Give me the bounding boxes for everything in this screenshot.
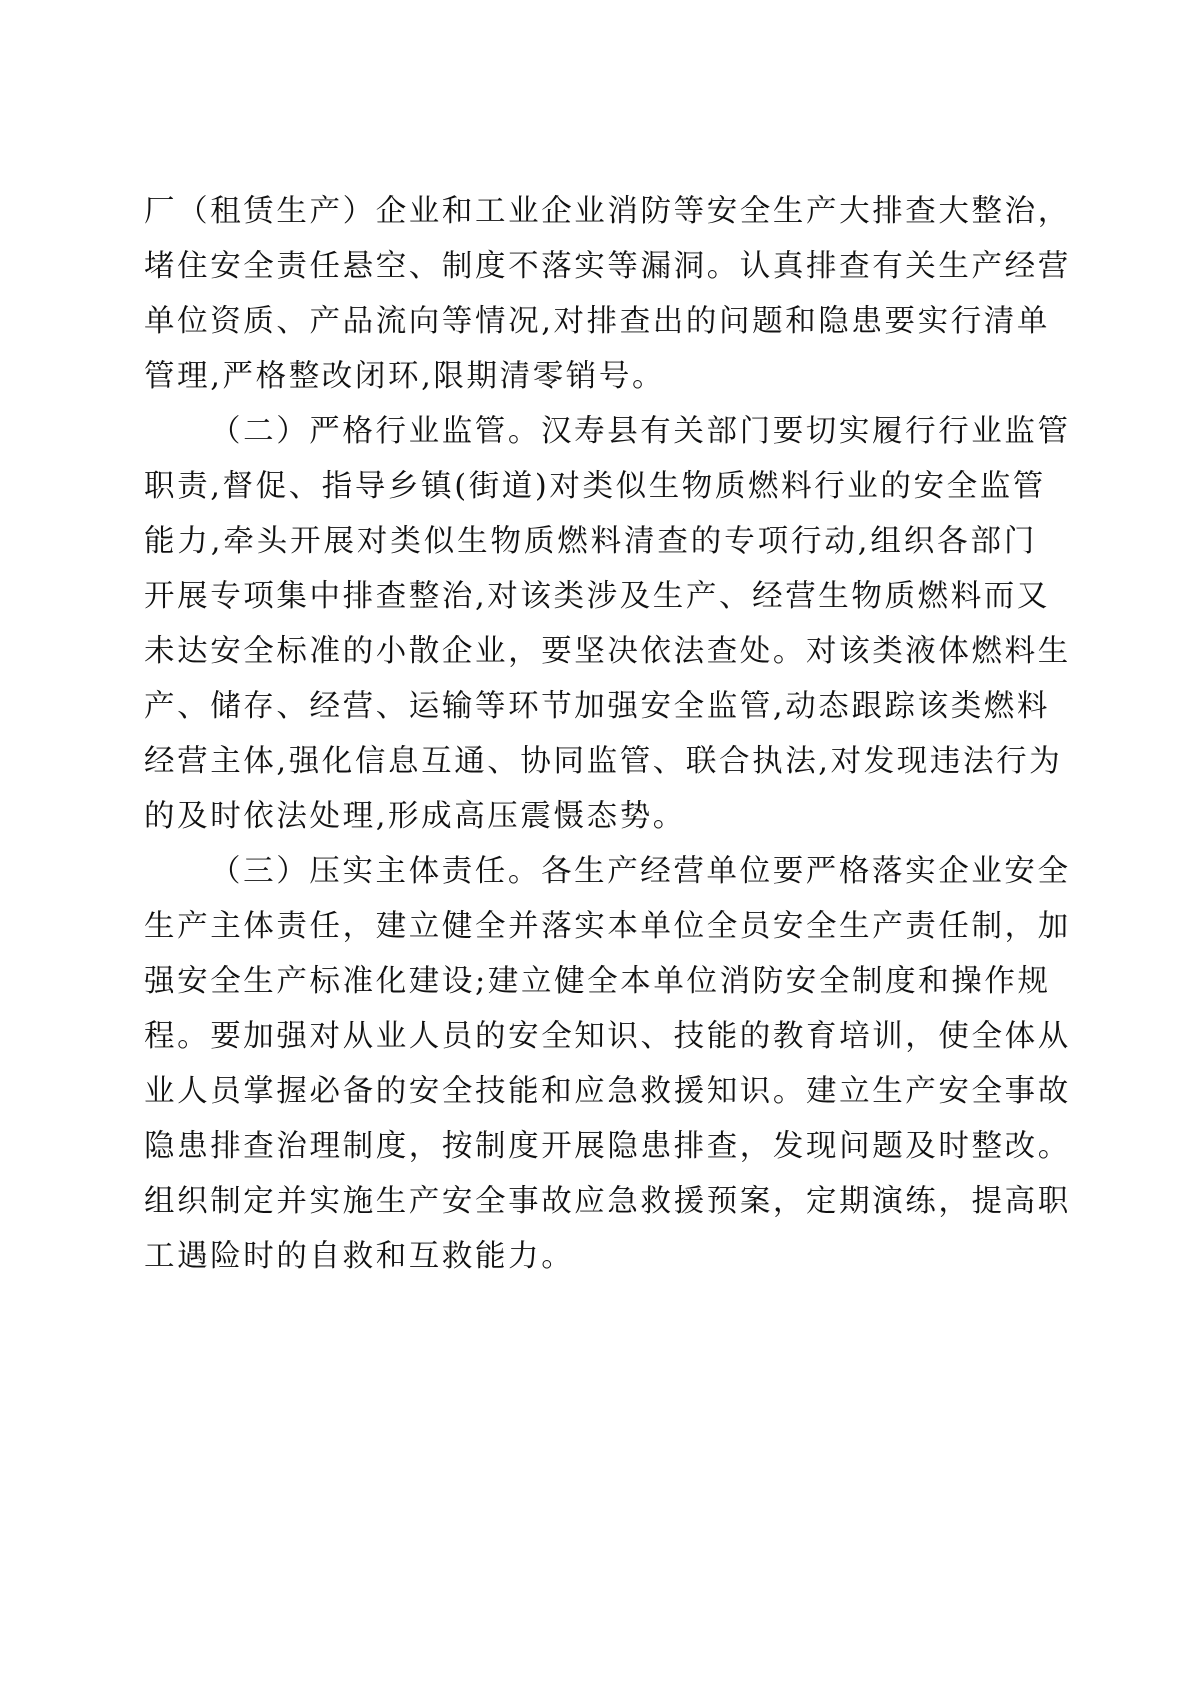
text-line: 强安全生产标准化建设;建立健全本单位消防安全制度和操作规 xyxy=(144,954,1037,1009)
text-line: 职责,督促、指导乡镇(街道)对类似生物质燃料行业的安全监管 xyxy=(144,459,1037,514)
paragraph-continuation: 厂（租赁生产）企业和工业企业消防等安全生产大排查大整治， 堵住安全责任悬空、制度… xyxy=(144,184,1044,404)
text-line: 厂（租赁生产）企业和工业企业消防等安全生产大排查大整治， xyxy=(144,184,1037,239)
text-line: 业人员掌握必备的安全技能和应急救援知识。建立生产安全事故 xyxy=(144,1064,1037,1119)
paragraph-section-2-industry-supervision: （二）严格行业监管。汉寿县有关部门要切实履行行业监管 职责,督促、指导乡镇(街道… xyxy=(144,404,1044,844)
section-heading-line: （三）压实主体责任。各生产经营单位要严格落实企业安全 xyxy=(144,844,1037,899)
text-line: 经营主体,强化信息互通、协同监管、联合执法,对发现违法行为 xyxy=(144,734,1037,789)
paragraph-section-3-main-responsibility: （三）压实主体责任。各生产经营单位要严格落实企业安全 生产主体责任，建立健全并落… xyxy=(144,844,1044,1284)
text-line: 的及时依法处理,形成高压震慑态势。 xyxy=(144,789,1044,844)
text-line: 单位资质、产品流向等情况,对排查出的问题和隐患要实行清单 xyxy=(144,294,1037,349)
text-line: 隐患排查治理制度，按制度开展隐患排查，发现问题及时整改。 xyxy=(144,1119,1037,1174)
text-line: 组织制定并实施生产安全事故应急救援预案，定期演练，提高职 xyxy=(144,1174,1037,1229)
text-line: 开展专项集中排查整治,对该类涉及生产、经营生物质燃料而又 xyxy=(144,569,1037,624)
text-line: 管理,严格整改闭环,限期清零销号。 xyxy=(144,349,1044,404)
text-line: 未达安全标准的小散企业，要坚决依法查处。对该类液体燃料生 xyxy=(144,624,1037,679)
text-line: 程。要加强对从业人员的安全知识、技能的教育培训，使全体从 xyxy=(144,1009,1037,1064)
text-line: 工遇险时的自救和互救能力。 xyxy=(144,1229,1044,1284)
text-line: 堵住安全责任悬空、制度不落实等漏洞。认真排查有关生产经营 xyxy=(144,239,1037,294)
section-heading-line: （二）严格行业监管。汉寿县有关部门要切实履行行业监管 xyxy=(144,404,1037,459)
text-line: 产、储存、经营、运输等环节加强安全监管,动态跟踪该类燃料 xyxy=(144,679,1037,734)
text-line: 生产主体责任，建立健全并落实本单位全员安全生产责任制，加 xyxy=(144,899,1037,954)
document-page: 厂（租赁生产）企业和工业企业消防等安全生产大排查大整治， 堵住安全责任悬空、制度… xyxy=(144,184,1044,1284)
text-line: 能力,牵头开展对类似生物质燃料清查的专项行动,组织各部门 xyxy=(144,514,1037,569)
